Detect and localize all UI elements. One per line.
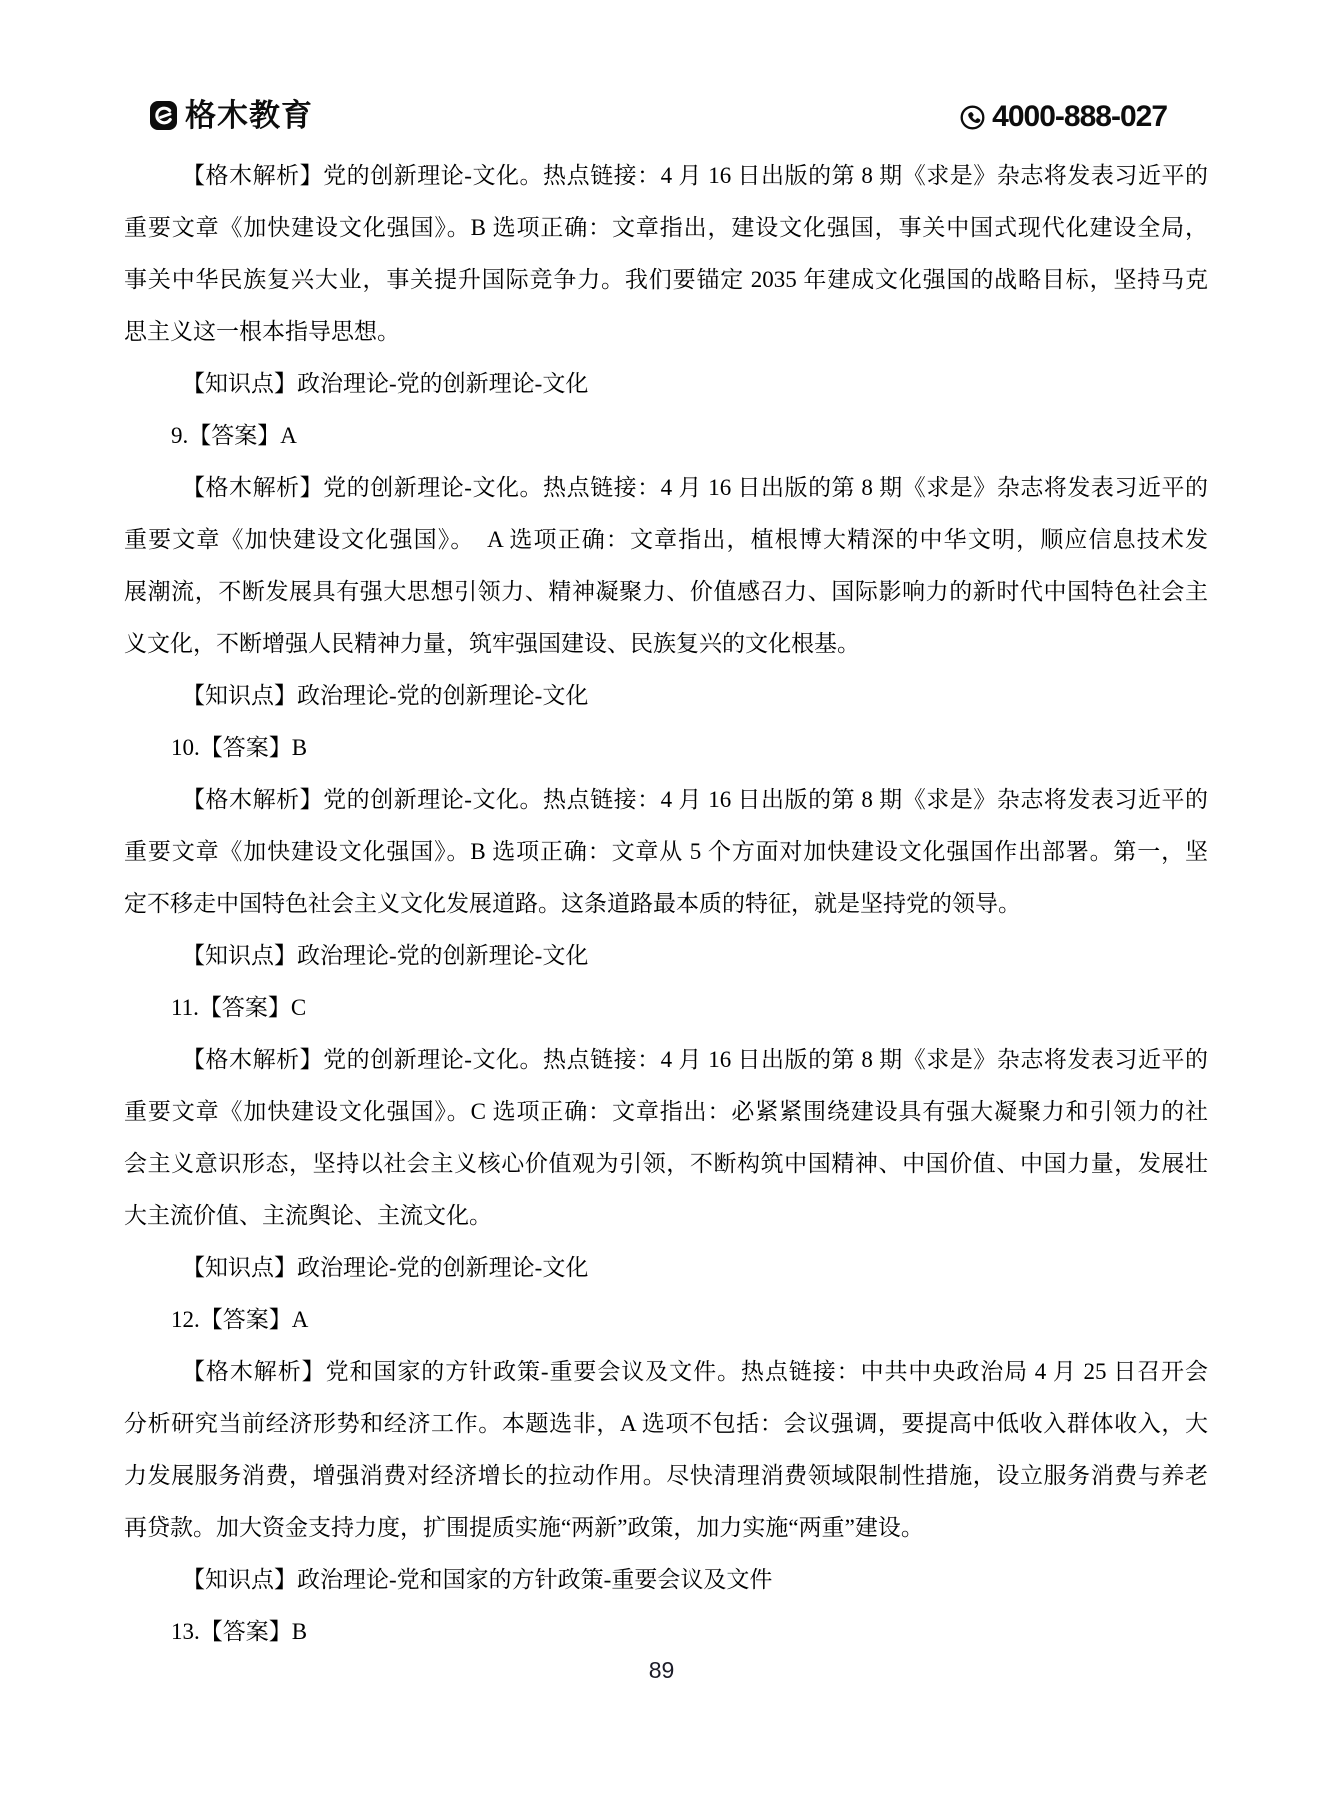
analysis-line: 重要文章《加快建设文化强国》。B 选项正确：文章从 5 个方面对加快建设文化强国… <box>124 826 1208 878</box>
answer-paragraph: 13.【答案】B <box>124 1606 1208 1658</box>
analysis-line: 事关中华民族复兴大业，事关提升国际竞争力。我们要锚定 2035 年建成文化强国的… <box>124 254 1208 306</box>
answer-line: 12.【答案】A <box>124 1294 1208 1346</box>
analysis-line: 力发展服务消费，增强消费对经济增长的拉动作用。尽快清理消费领域限制性措施，设立服… <box>124 1450 1208 1502</box>
knowledge-line: 【知识点】政治理论-党的创新理论-文化 <box>124 358 1208 410</box>
answer-paragraph: 12.【答案】A <box>124 1294 1208 1346</box>
knowledge-line: 【知识点】政治理论-党的创新理论-文化 <box>124 670 1208 722</box>
analysis-paragraph: 【格木解析】党的创新理论-文化。热点链接：4 月 16 日出版的第 8 期《求是… <box>124 1034 1208 1242</box>
knowledge-line: 【知识点】政治理论-党的创新理论-文化 <box>124 1242 1208 1294</box>
analysis-line: 【格木解析】党的创新理论-文化。热点链接：4 月 16 日出版的第 8 期《求是… <box>124 1034 1208 1086</box>
brand-name: 格木教育 <box>185 100 313 131</box>
document-body: 【格木解析】党的创新理论-文化。热点链接：4 月 16 日出版的第 8 期《求是… <box>124 150 1208 1658</box>
answer-paragraph: 11.【答案】C <box>124 982 1208 1034</box>
page-number: 89 <box>0 1657 1323 1684</box>
analysis-paragraph: 【格木解析】党的创新理论-文化。热点链接：4 月 16 日出版的第 8 期《求是… <box>124 150 1208 358</box>
knowledge-paragraph: 【知识点】政治理论-党的创新理论-文化 <box>124 358 1208 410</box>
analysis-paragraph: 【格木解析】党的创新理论-文化。热点链接：4 月 16 日出版的第 8 期《求是… <box>124 462 1208 670</box>
analysis-line: 分析研究当前经济形势和经济工作。本题选非，A 选项不包括：会议强调，要提高中低收… <box>124 1398 1208 1450</box>
analysis-line: 思主义这一根本指导思想。 <box>124 306 1208 358</box>
analysis-line: 定不移走中国特色社会主义文化发展道路。这条道路最本质的特征，就是坚持党的领导。 <box>124 878 1208 930</box>
analysis-line: 会主义意识形态，坚持以社会主义核心价值观为引领，不断构筑中国精神、中国价值、中国… <box>124 1138 1208 1190</box>
answer-paragraph: 10.【答案】B <box>124 722 1208 774</box>
gemu-logo-icon <box>150 101 177 130</box>
answer-line: 9.【答案】A <box>124 410 1208 462</box>
analysis-line: 重要文章《加快建设文化强国》。C 选项正确：文章指出：必紧紧围绕建设具有强大凝聚… <box>124 1086 1208 1138</box>
knowledge-line: 【知识点】政治理论-党的创新理论-文化 <box>124 930 1208 982</box>
phone-number: 4000-888-027 <box>992 102 1167 132</box>
document-page: 格木教育 4000-888-027 【格木解析】党的创新理论-文化。热点链接：4… <box>0 0 1323 1795</box>
brand-header: 格木教育 <box>150 100 313 131</box>
knowledge-line: 【知识点】政治理论-党和国家的方针政策-重要会议及文件 <box>124 1554 1208 1606</box>
analysis-line: 【格木解析】党的创新理论-文化。热点链接：4 月 16 日出版的第 8 期《求是… <box>124 150 1208 202</box>
answer-line: 13.【答案】B <box>124 1606 1208 1658</box>
analysis-line: 【格木解析】党和国家的方针政策-重要会议及文件。热点链接：中共中央政治局 4 月… <box>124 1346 1208 1398</box>
knowledge-paragraph: 【知识点】政治理论-党的创新理论-文化 <box>124 930 1208 982</box>
analysis-line: 展潮流，不断发展具有强大思想引领力、精神凝聚力、价值感召力、国际影响力的新时代中… <box>124 566 1208 618</box>
answer-paragraph: 9.【答案】A <box>124 410 1208 462</box>
knowledge-paragraph: 【知识点】政治理论-党的创新理论-文化 <box>124 1242 1208 1294</box>
analysis-line: 重要文章《加快建设文化强国》。 A 选项正确：文章指出，植根博大精深的中华文明，… <box>124 514 1208 566</box>
phone-header: 4000-888-027 <box>960 102 1167 132</box>
knowledge-paragraph: 【知识点】政治理论-党和国家的方针政策-重要会议及文件 <box>124 1554 1208 1606</box>
analysis-line: 大主流价值、主流舆论、主流文化。 <box>124 1190 1208 1242</box>
answer-line: 11.【答案】C <box>124 982 1208 1034</box>
phone-icon <box>960 105 985 130</box>
analysis-line: 重要文章《加快建设文化强国》。B 选项正确：文章指出，建设文化强国，事关中国式现… <box>124 202 1208 254</box>
analysis-line: 【格木解析】党的创新理论-文化。热点链接：4 月 16 日出版的第 8 期《求是… <box>124 462 1208 514</box>
analysis-paragraph: 【格木解析】党的创新理论-文化。热点链接：4 月 16 日出版的第 8 期《求是… <box>124 774 1208 930</box>
knowledge-paragraph: 【知识点】政治理论-党的创新理论-文化 <box>124 670 1208 722</box>
analysis-line: 【格木解析】党的创新理论-文化。热点链接：4 月 16 日出版的第 8 期《求是… <box>124 774 1208 826</box>
analysis-paragraph: 【格木解析】党和国家的方针政策-重要会议及文件。热点链接：中共中央政治局 4 月… <box>124 1346 1208 1554</box>
analysis-line: 再贷款。加大资金支持力度，扩围提质实施“两新”政策，加力实施“两重”建设。 <box>124 1502 1208 1554</box>
answer-line: 10.【答案】B <box>124 722 1208 774</box>
analysis-line: 义文化，不断增强人民精神力量，筑牢强国建设、民族复兴的文化根基。 <box>124 618 1208 670</box>
